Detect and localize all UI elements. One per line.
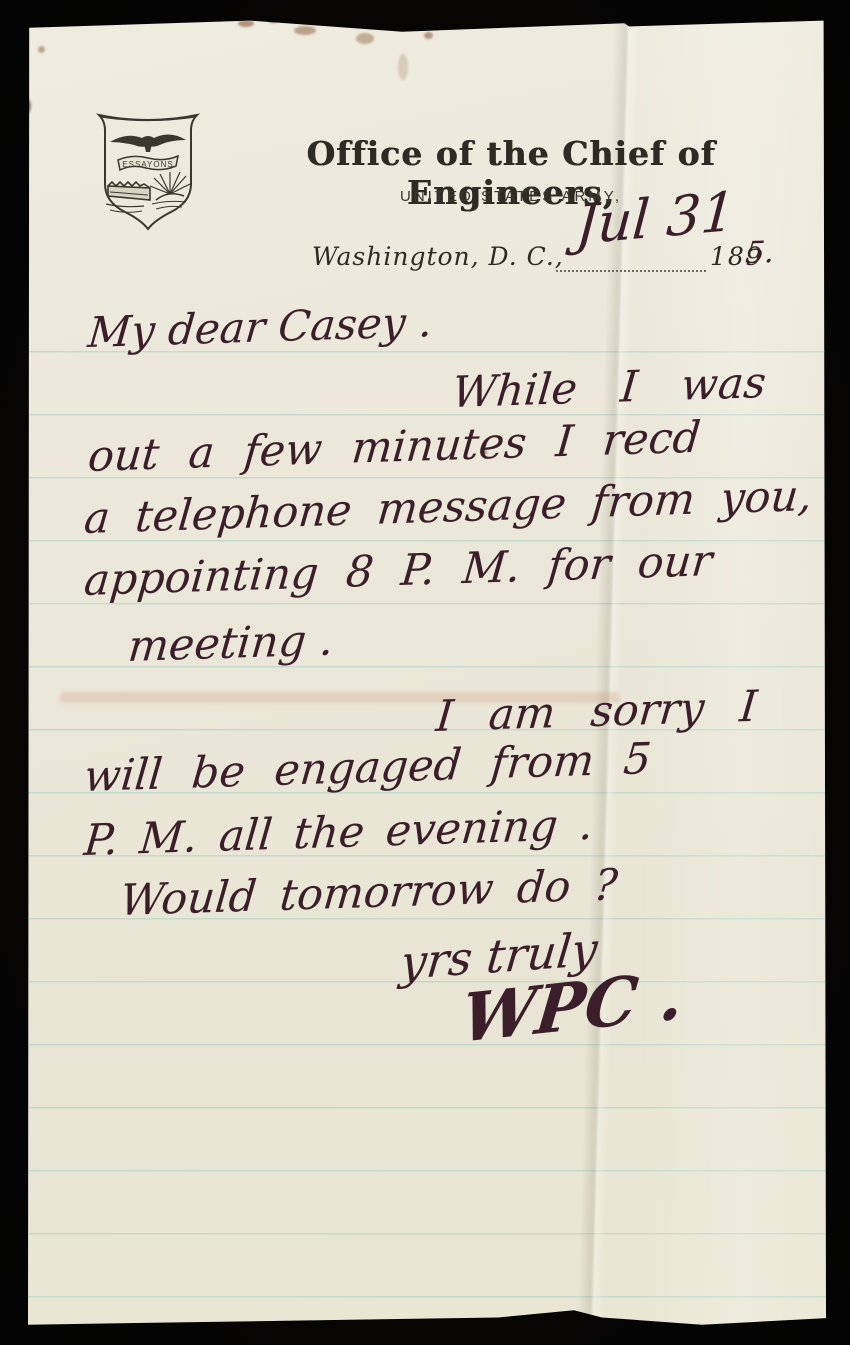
letter-paper: ESSAYONS [26,16,826,1326]
engineers-crest-icon: ESSAYONS [92,108,204,236]
handwritten-line: I am sorry I [434,682,759,742]
foxing-spot [238,20,254,27]
foxing-spot [22,98,31,114]
crest-motto: ESSAYONS [122,160,173,169]
photo-background: ESSAYONS [0,0,850,1345]
foxing-spot [356,33,374,44]
handwritten-year-digit: 5. [744,235,776,271]
foxing-spot [398,54,408,80]
letterhead-place-line: Washington, D. C., [312,242,564,271]
salutation: My dear Casey . [86,297,435,357]
foxing-spot [424,32,433,39]
handwritten-line: While I was [450,358,768,418]
foxing-spot [38,46,45,53]
foxing-spot [294,26,316,35]
foxing-spot [768,12,784,21]
handwritten-line: meeting . [126,615,336,672]
foxing-spot [268,18,278,23]
